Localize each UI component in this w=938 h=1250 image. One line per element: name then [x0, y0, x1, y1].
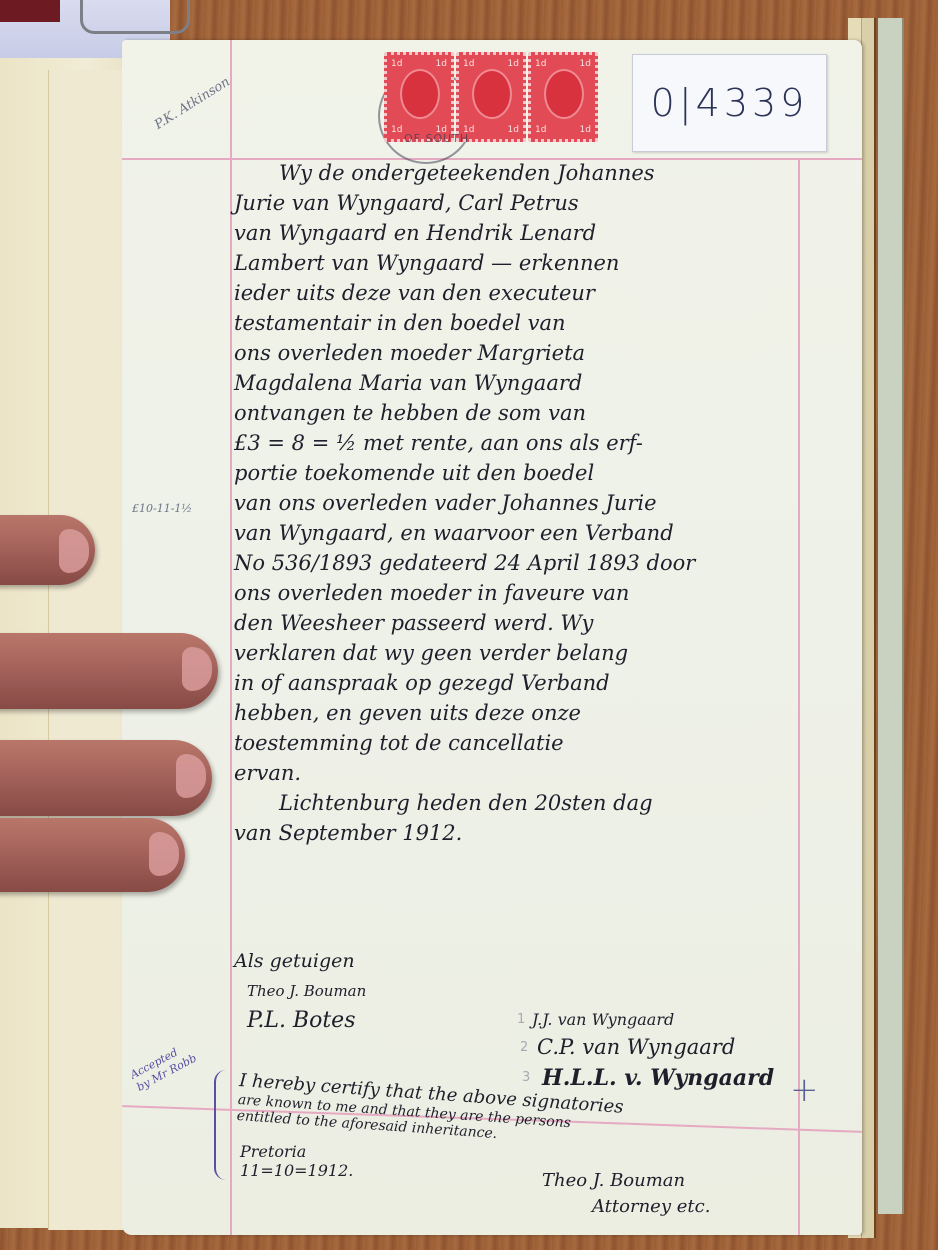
bracket-mark — [214, 1070, 228, 1180]
finger — [0, 515, 95, 585]
body-line: ons overleden moeder Margrieta — [234, 338, 814, 368]
archive-label: 0|4339 — [632, 54, 827, 152]
body-line: ons overleden moeder in faveure van — [234, 578, 814, 608]
attorney-title: Attorney etc. — [542, 1194, 710, 1220]
body-line: Jurie van Wyngaard, Carl Petrus — [234, 188, 814, 218]
witness-signature: Theo J. Bouman — [247, 982, 366, 1000]
attorney-signature: Theo J. Bouman Attorney etc. — [542, 1168, 710, 1220]
body-line: Magdalena Maria van Wyngaard — [234, 368, 814, 398]
stamp-1d: 1d 1d 1d 1d — [456, 52, 526, 142]
finger — [0, 633, 218, 709]
signer-signature: C.P. van Wyngaard — [537, 1035, 735, 1059]
body-line: ontvangen te hebben de som van — [234, 398, 814, 428]
body-line: verklaren dat wy geen verder belang — [234, 638, 814, 668]
cover-edge — [878, 18, 904, 1214]
page-edge — [862, 18, 876, 1238]
body-line: van Wyngaard, en waarvoor een Verband — [234, 518, 814, 548]
place-date: Pretoria 11=10=1912. — [240, 1142, 353, 1180]
date: 11=10=1912. — [240, 1161, 353, 1180]
fingernail — [59, 529, 89, 573]
wire-clip — [80, 0, 190, 34]
stamp-1d: 1d 1d 1d 1d — [528, 52, 598, 142]
handwritten-body: Wy de ondergeteekenden Johannes Jurie va… — [234, 158, 814, 848]
body-line: ieder uits deze van den executeur — [234, 278, 814, 308]
postmark-text: OF SOUTH — [404, 132, 469, 145]
stamp-value: 1d — [463, 59, 474, 69]
signer-number: 2 — [520, 1040, 528, 1055]
body-line: Lambert van Wyngaard — erkennen — [234, 248, 814, 278]
witnesses-label: Als getuigen — [234, 950, 355, 972]
body-line: van ons overleden vader Johannes Jurie — [234, 488, 814, 518]
body-line: £3 = 8 = ½ met rente, aan ons als erf- — [234, 428, 814, 458]
stamp-value: 1d — [436, 59, 447, 69]
body-line: portie toekomende uit den boedel — [234, 458, 814, 488]
fingernail — [176, 754, 206, 798]
pencil-amount-note: £10-11-1½ — [132, 502, 192, 515]
body-line: Lichtenburg heden den 20sten dag — [234, 788, 814, 818]
stamp-value: 1d — [391, 125, 402, 135]
stamp-1d: 1d 1d 1d 1d — [384, 52, 454, 142]
king-portrait-icon — [400, 69, 440, 119]
plus-mark: + — [790, 1070, 819, 1110]
king-portrait-icon — [472, 69, 512, 119]
fingernail — [149, 832, 179, 876]
stamp-value: 1d — [508, 125, 519, 135]
signer-number: 1 — [517, 1012, 525, 1027]
body-line: den Weesheer passeerd werd. Wy — [234, 608, 814, 638]
signer-signature: J.J. van Wyngaard — [532, 1010, 674, 1029]
stamp-value: 1d — [580, 59, 591, 69]
accepted-margin-note: Accepted by Mr Robb — [128, 1039, 199, 1095]
body-line: hebben, en geven uits deze onze — [234, 698, 814, 728]
stamp-value: 1d — [580, 125, 591, 135]
place: Pretoria — [240, 1142, 353, 1161]
body-line: van September 1912. — [234, 818, 814, 848]
margin-line-left — [230, 40, 232, 1235]
fingernail — [182, 647, 212, 691]
pencil-margin-note: P.K. Atkinson — [152, 74, 233, 132]
stamp-value: 1d — [535, 125, 546, 135]
body-line: Wy de ondergeteekenden Johannes — [234, 158, 814, 188]
background-cloth-red — [0, 0, 60, 22]
body-line: van Wyngaard en Hendrik Lenard — [234, 218, 814, 248]
signer-number: 3 — [522, 1070, 530, 1085]
attorney-name: Theo J. Bouman — [542, 1168, 710, 1194]
finger — [0, 740, 212, 816]
body-line: testamentair in den boedel van — [234, 308, 814, 338]
signer-signature: H.L.L. v. Wyngaard — [542, 1065, 774, 1091]
body-line: toestemming tot de cancellatie — [234, 728, 814, 758]
stamp-value: 1d — [391, 59, 402, 69]
stamp-value: 1d — [535, 59, 546, 69]
stamp-value: 1d — [508, 59, 519, 69]
king-portrait-icon — [544, 69, 584, 119]
document-page: 1d 1d 1d 1d 1d 1d 1d 1d 1d 1d 1d 1d OF S… — [122, 40, 862, 1235]
finger — [0, 818, 185, 892]
witness-signature: P.L. Botes — [247, 1008, 356, 1033]
body-line: in of aanspraak op gezegd Verband — [234, 668, 814, 698]
body-line: No 536/1893 gedateerd 24 April 1893 door — [234, 548, 814, 578]
revenue-stamps: 1d 1d 1d 1d 1d 1d 1d 1d 1d 1d 1d 1d — [384, 52, 598, 142]
hand-holding-page — [0, 515, 220, 895]
body-line: ervan. — [234, 758, 814, 788]
